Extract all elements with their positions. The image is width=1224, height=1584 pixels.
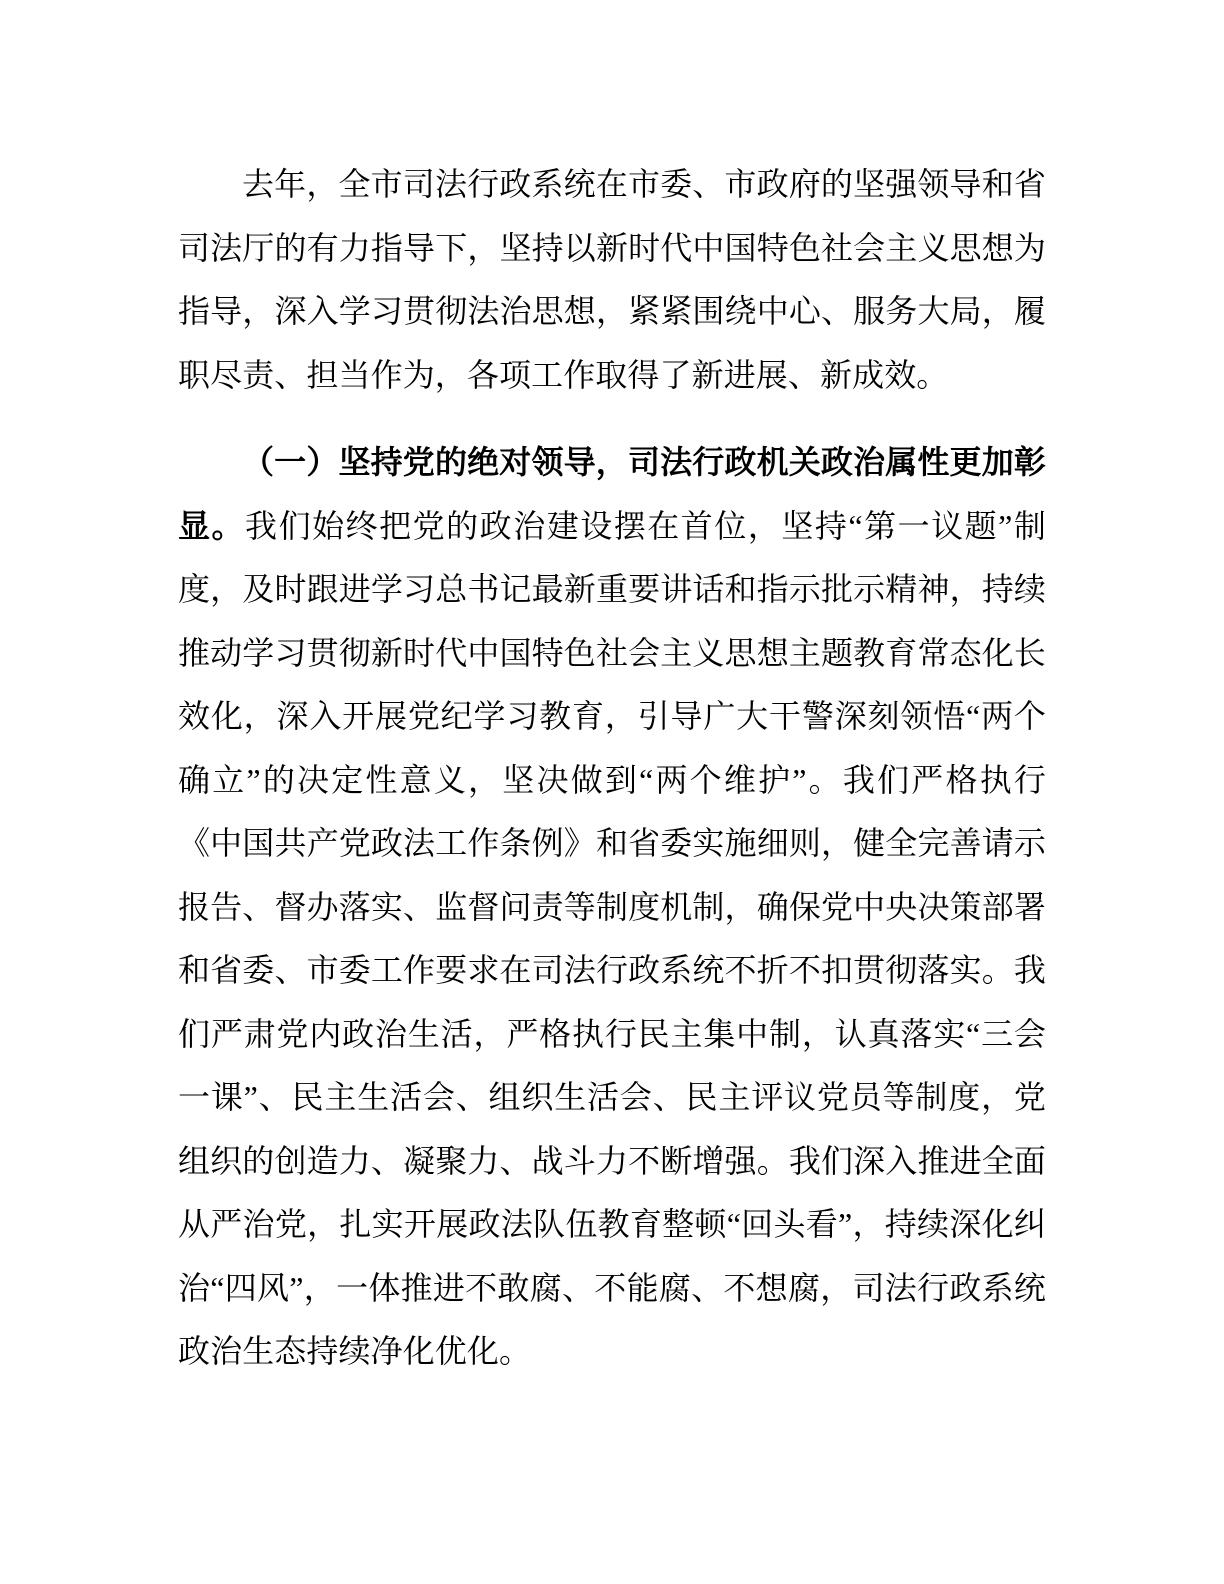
paragraph-intro: 去年，全市司法行政系统在市委、市政府的坚强领导和省司法厅的有力指导下，坚持以新时… — [178, 153, 1046, 407]
section-1-text: 我们始终把党的政治建设摆在首位，坚持“第一议题”制度，及时跟进学习总书记最新重要… — [178, 508, 1046, 1370]
intro-text: 去年，全市司法行政系统在市委、市政府的坚强领导和省司法厅的有力指导下，坚持以新时… — [178, 166, 1046, 393]
document-page: 去年，全市司法行政系统在市委、市政府的坚强领导和省司法厅的有力指导下，坚持以新时… — [0, 0, 1224, 1584]
paragraph-section-1: （一）坚持党的绝对领导，司法行政机关政治属性更加彰显。我们始终把党的政治建设摆在… — [178, 431, 1046, 1384]
document-body: 去年，全市司法行政系统在市委、市政府的坚强领导和省司法厅的有力指导下，坚持以新时… — [178, 153, 1046, 1384]
